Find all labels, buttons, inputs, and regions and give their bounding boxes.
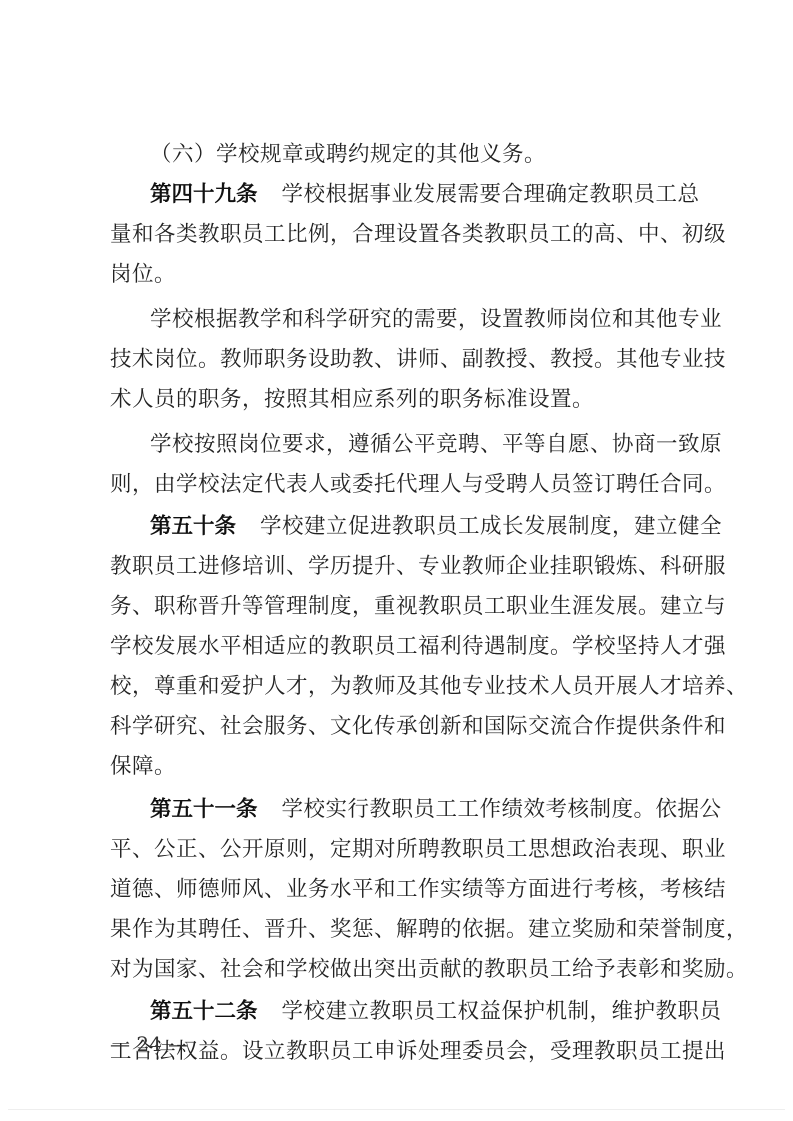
- article-heading: 第五十条: [150, 514, 236, 539]
- text-line: 保障。: [110, 750, 692, 784]
- text-line: 技术岗位。教师职务设助教、讲师、副教授、教授。其他专业技: [110, 343, 692, 377]
- text-line: 平、公正、公开原则，定期对所聘教职员工思想政治表现、职业: [110, 833, 692, 867]
- text-line: 对为国家、社会和学校做出突出贡献的教职员工给予表彰和奖励。: [110, 953, 692, 987]
- text-line: 务、职称晋升等管理制度，重视教职员工职业生涯发展。建立与: [110, 590, 692, 624]
- page-edge-divider: [8, 1109, 785, 1110]
- text-line: 学校按照岗位要求，遵循公平竞聘、平等自愿、协商一致原: [150, 428, 692, 462]
- text-line: 第五十条学校建立促进教职员工成长发展制度，建立健全: [150, 510, 692, 544]
- text-line: 则，由学校法定代表人或委托代理人与受聘人员签订聘任合同。: [110, 468, 692, 502]
- text-line: 第五十二条学校建立教职员工权益保护机制，维护教职员: [150, 995, 692, 1029]
- text-line: 岗位。: [110, 258, 692, 292]
- text-line: 第四十九条学校根据事业发展需要合理确定教职员工总: [150, 178, 692, 212]
- text-line: 学校根据教学和科学研究的需要，设置教师岗位和其他专业: [150, 303, 692, 337]
- text-line: 术人员的职务，按照其相应系列的职务标准设置。: [110, 383, 692, 417]
- text-line: 学校发展水平相适应的教职员工福利待遇制度。学校坚持人才强: [110, 630, 692, 664]
- text-line: 校，尊重和爱护人才，为教师及其他专业技术人员开展人才培养、: [110, 670, 692, 704]
- article-heading: 第四十九条: [150, 182, 258, 207]
- text-line: （六）学校规章或聘约规定的其他义务。: [150, 138, 692, 172]
- page-number: — 24 —: [110, 1032, 188, 1056]
- article-heading: 第五十一条: [150, 797, 258, 822]
- text-line: 教职员工进修培训、学历提升、专业教师企业挂职锻炼、科研服: [110, 550, 692, 584]
- text-line: 科学研究、社会服务、文化传承创新和国际交流合作提供条件和: [110, 710, 692, 744]
- article-heading: 第五十二条: [150, 999, 258, 1024]
- text-line: 工合法权益。设立教职员工申诉处理委员会，受理教职员工提出: [110, 1035, 692, 1069]
- text-line: 第五十一条学校实行教职员工工作绩效考核制度。依据公: [150, 793, 692, 827]
- text-line: 量和各类教职员工比例，合理设置各类教职员工的高、中、初级: [110, 218, 692, 252]
- text-line: 果作为其聘任、晋升、奖惩、解聘的依据。建立奖励和荣誉制度，: [110, 913, 692, 947]
- text-line: 道德、师德师风、业务水平和工作实绩等方面进行考核，考核结: [110, 873, 692, 907]
